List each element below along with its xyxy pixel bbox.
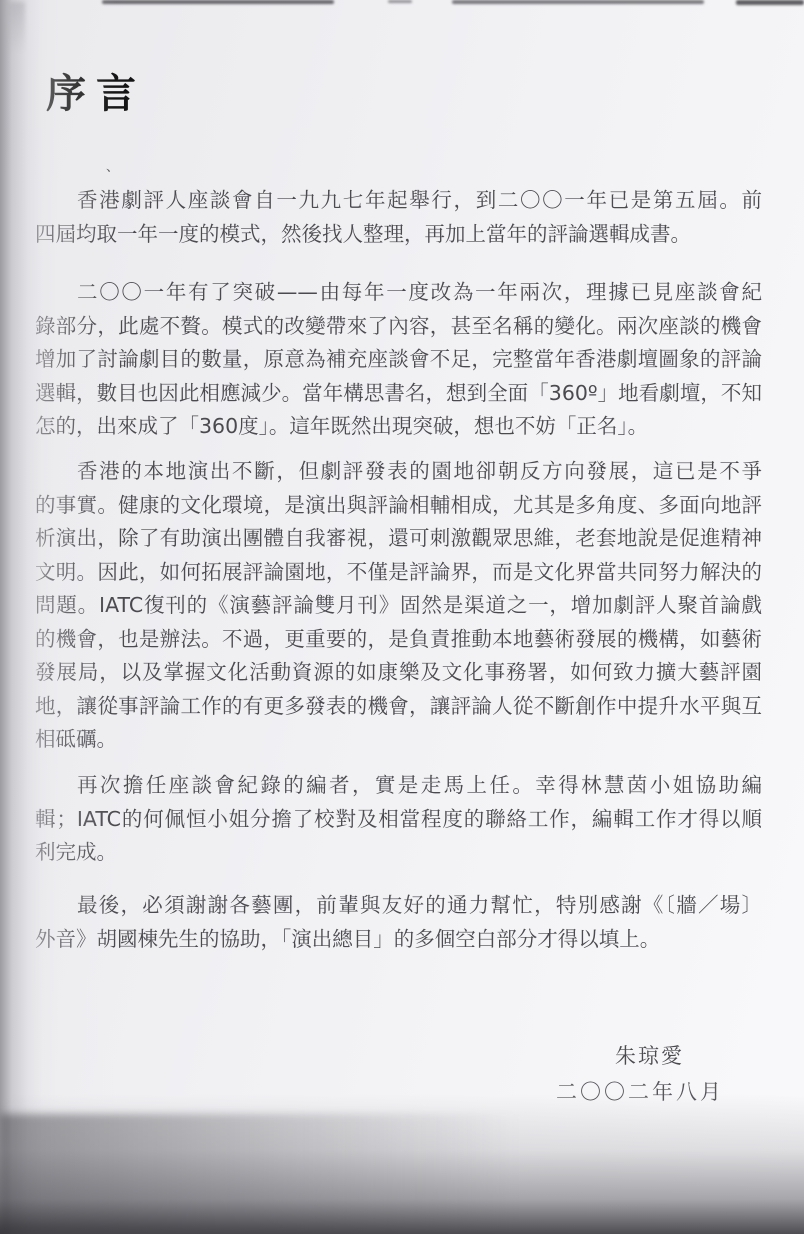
text-line: 地，讓從事評論工作的有更多發表的機會，讓評論人從不斷創作中提升水平與互 (35, 690, 762, 724)
text-line: 二〇〇一年有了突破——由每年一度改為一年兩次，理據已見座談會紀 (35, 276, 762, 310)
text-line: 最後，必須謝謝各藝團，前輩與友好的通力幫忙，特別感謝《〔牆／場〕 (35, 889, 762, 923)
text-line: 文明。因此，如何拓展評論園地，不僅是評論界，而是文化界當共同努力解決的 (35, 556, 762, 590)
text-line: 再次擔任座談會紀錄的編者，實是走馬上任。幸得林慧茵小姐協助編 (35, 769, 762, 803)
scanned-book-page: 序言 、 香港劇評人座談會自一九九七年起舉行，到二〇〇一年已是第五屆。前四屆均取… (0, 0, 804, 1234)
text-line: 輯；IATC的何佩恒小姐分擔了校對及相當程度的聯絡工作，編輯工作才得以順 (35, 803, 762, 837)
text-line: 發展局，以及掌握文化活動資源的如康樂及文化事務署，如何致力擴大藝評園 (35, 656, 762, 690)
paragraph: 香港劇評人座談會自一九九七年起舉行，到二〇〇一年已是第五屆。前四屆均取一年一度的… (35, 184, 762, 251)
text-line: 四屆均取一年一度的模式，然後找人整理，再加上當年的評論選輯成書。 (35, 218, 762, 252)
scan-shadow-left (0, 0, 58, 1234)
text-line: 的機會，也是辦法。不過，更重要的，是負責推動本地藝術發展的機構，如藝術 (35, 623, 762, 657)
scan-shadow-bottom (0, 1094, 804, 1234)
text-line: 增加了討論劇目的數量，原意為補充座談會不足，完整當年香港劇壇圖象的評論 (35, 343, 762, 377)
text-line: 問題。IATC復刊的《演藝評論雙月刊》固然是渠道之一，增加劇評人聚首論戲 (35, 589, 762, 623)
text-line: 析演出，除了有助演出團體自我審視，還可刺激觀眾思維，老套地說是促進精神 (35, 522, 762, 556)
text-line: 相砥礪。 (35, 723, 762, 757)
text-line: 香港的本地演出不斷，但劇評發表的園地卻朝反方向發展，這已是不爭 (35, 455, 762, 489)
author-name: 朱琼愛 (615, 1040, 684, 1070)
text-line: 香港劇評人座談會自一九九七年起舉行，到二〇〇一年已是第五屆。前 (35, 184, 762, 218)
paragraph: 二〇〇一年有了突破——由每年一度改為一年兩次，理據已見座談會紀錄部分，此處不贅。… (35, 276, 762, 444)
text-line: 錄部分，此處不贅。模式的改變帶來了內容，甚至名稱的變化。兩次座談的機會 (35, 310, 762, 344)
text-line: 利完成。 (35, 836, 762, 870)
paragraph: 香港的本地演出不斷，但劇評發表的園地卻朝反方向發展，這已是不爭的事實。健康的文化… (35, 455, 762, 757)
paragraph: 最後，必須謝謝各藝團，前輩與友好的通力幫忙，特別感謝《〔牆／場〕外音》胡國棟先生… (35, 889, 762, 956)
text-line: 怎的，出來成了「360度」。這年既然出現突破，想也不妨「正名」。 (35, 410, 762, 444)
text-line: 外音》胡國棟先生的協助，「演出總目」的多個空白部分才得以填上。 (35, 923, 762, 957)
paragraph: 再次擔任座談會紀錄的編者，實是走馬上任。幸得林慧茵小姐協助編輯；IATC的何佩恒… (35, 769, 762, 870)
text-line: 選輯，數目也因此相應減少。當年構思書名，想到全面「360º」地看劇壇，不知 (35, 377, 762, 411)
text-line: 的事實。健康的文化環境，是演出與評論相輔相成，尤其是多角度、多面向地評 (35, 489, 762, 523)
